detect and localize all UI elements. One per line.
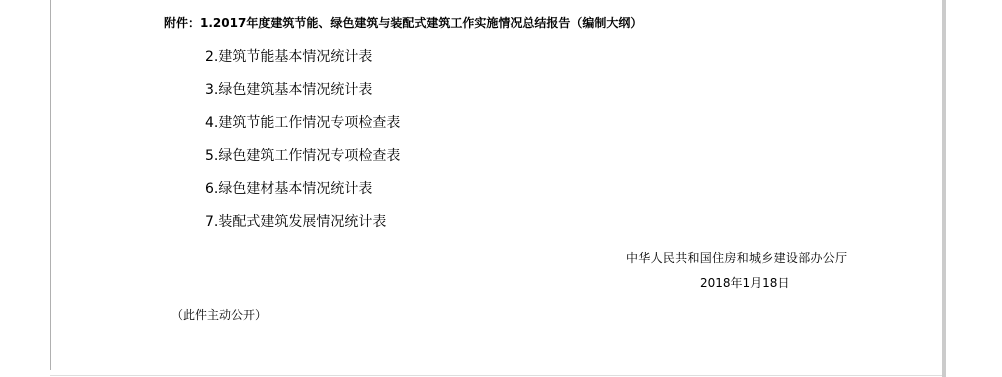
document-date: 2018年1月18日 bbox=[700, 277, 789, 289]
attachment-item-4: 4.建筑节能工作情况专项检查表 bbox=[205, 116, 400, 130]
page-left-border bbox=[50, 0, 51, 370]
issuing-authority-signature: 中华人民共和国住房和城乡建设部办公厅 bbox=[626, 252, 847, 264]
attachment-item-2: 2.建筑节能基本情况统计表 bbox=[205, 50, 372, 64]
attachment-heading-line: 附件：1.2017年度建筑节能、绿色建筑与装配式建筑工作实施情况总结报告（编制大… bbox=[164, 17, 642, 29]
document-page: 附件：1.2017年度建筑节能、绿色建筑与装配式建筑工作实施情况总结报告（编制大… bbox=[0, 0, 1002, 377]
attachment-item-5: 5.绿色建筑工作情况专项检查表 bbox=[205, 149, 400, 163]
attachment-item-3: 3.绿色建筑基本情况统计表 bbox=[205, 83, 372, 97]
disclosure-note: （此件主动公开） bbox=[171, 309, 267, 321]
attachment-item-6: 6.绿色建材基本情况统计表 bbox=[205, 182, 372, 196]
attachment-item-7: 7.装配式建筑发展情况统计表 bbox=[205, 215, 386, 229]
attachment-label: 附件： bbox=[164, 16, 200, 30]
page-right-edge-band bbox=[942, 0, 946, 377]
attachment-item-1: 1.2017年度建筑节能、绿色建筑与装配式建筑工作实施情况总结报告（编制大纲） bbox=[200, 16, 642, 30]
page-bottom-rule bbox=[50, 375, 942, 376]
